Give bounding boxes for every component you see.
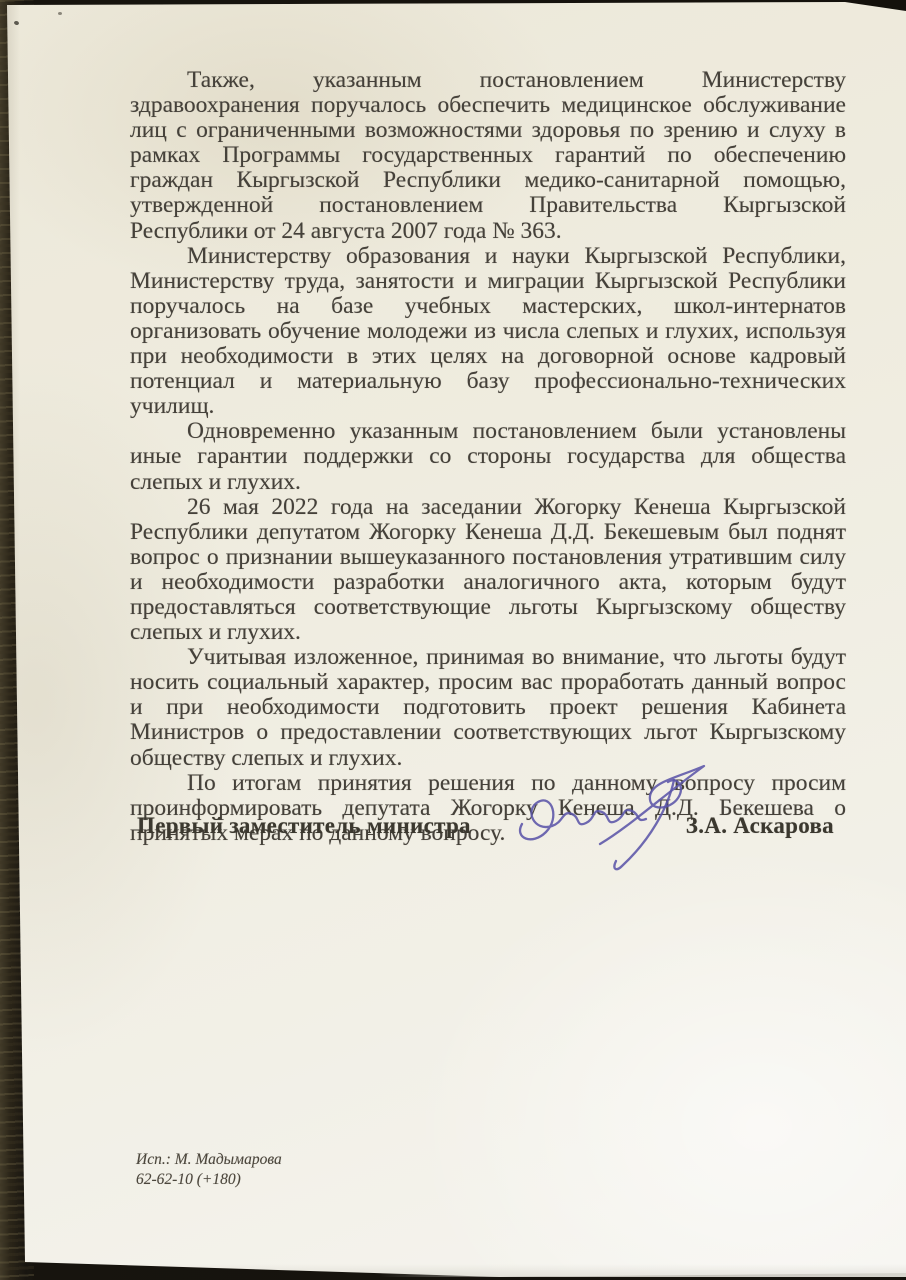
executor-phone: 62-62-10 (+180): [136, 1170, 282, 1190]
paragraph: Также, указанным постановлением Министер…: [130, 68, 846, 244]
paragraph: Министерству образования и науки Кыргызс…: [130, 244, 846, 420]
paragraph: Учитывая изложенное, принимая во внимани…: [130, 645, 846, 770]
executor-name: Исп.: М. Мадымарова: [136, 1150, 282, 1170]
executor-note: Исп.: М. Мадымарова 62-62-10 (+180): [136, 1150, 282, 1189]
document-photo: Также, указанным постановлением Министер…: [0, 0, 906, 1280]
document-paper: Также, указанным постановлением Министер…: [0, 0, 906, 1280]
punch-mark: [14, 20, 20, 25]
signature-row: Первый заместитель министра З.А. Аскаров…: [137, 813, 834, 839]
handwritten-signature-icon: [500, 752, 715, 882]
signer-title: Первый заместитель министра: [137, 813, 471, 839]
punch-mark: [58, 12, 62, 15]
paragraph: Одновременно указанным постановлением бы…: [130, 419, 846, 494]
letter-body: Также, указанным постановлением Министер…: [130, 68, 846, 846]
paragraph: 26 мая 2022 года на заседании Жогорку Ке…: [130, 495, 846, 646]
